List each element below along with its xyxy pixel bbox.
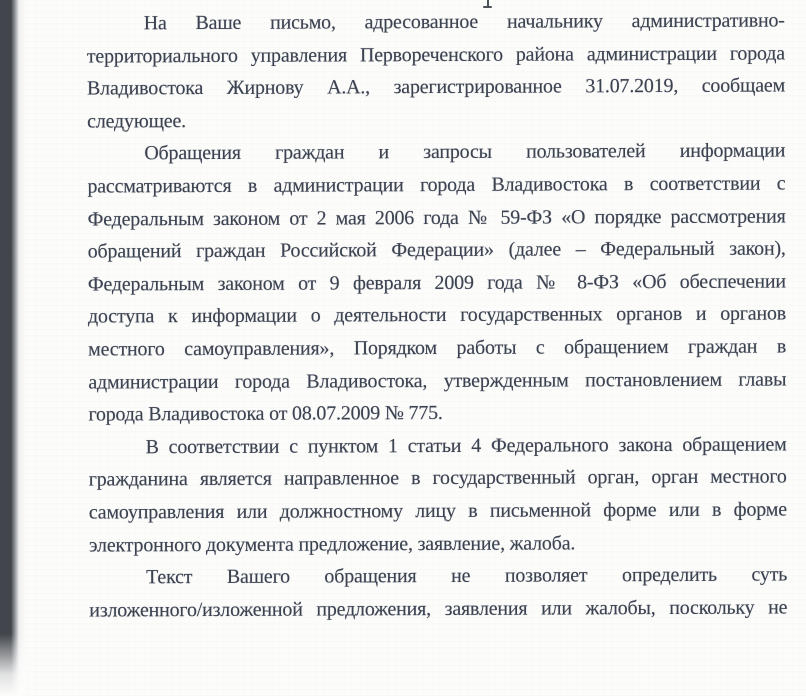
text-line: администрации города Владивостока, утвер… xyxy=(88,363,786,399)
text-line: Владивостока Жирнову А.А., зарегистриров… xyxy=(87,70,785,106)
text-line: На Ваше письмо, адресованное начальнику … xyxy=(87,4,785,40)
text-line: электронного документа предложение, заяв… xyxy=(89,526,787,562)
text-line: рассматриваются в администрации города В… xyxy=(87,167,785,203)
text-line: Обращения граждан и запросы пользователе… xyxy=(87,135,785,171)
text-line: гражданина является направленное в госуд… xyxy=(89,461,787,497)
scanner-edge-shadow xyxy=(0,0,27,696)
text-line: следующее. xyxy=(87,102,785,138)
text-line: города Владивостока от 08.07.2009 № 775. xyxy=(88,396,786,432)
scanned-document-page: На Ваше письмо, адресованное начальнику … xyxy=(0,0,806,696)
text-line: изложенного/изложенной предложения, заяв… xyxy=(89,591,787,627)
letter-body: На Ваше письмо, адресованное начальнику … xyxy=(87,4,788,626)
text-line: самоуправления или должностному лицу в п… xyxy=(89,493,787,529)
text-line: доступа к информации о деятельности госу… xyxy=(88,298,786,334)
text-line: Федеральным законом от 2 мая 2006 года №… xyxy=(88,200,786,236)
text-line: В соответствии с пунктом 1 статьи 4 Феде… xyxy=(89,428,787,464)
text-line: Федеральным законом от 9 февраля 2009 го… xyxy=(88,265,786,301)
text-line: территориального управления Первореченск… xyxy=(87,37,785,73)
text-line: Текст Вашего обращения не позволяет опре… xyxy=(89,559,787,595)
text-line: местного самоуправления», Порядком работ… xyxy=(88,330,786,366)
text-line: обращений граждан Российской Федерации» … xyxy=(88,233,786,269)
